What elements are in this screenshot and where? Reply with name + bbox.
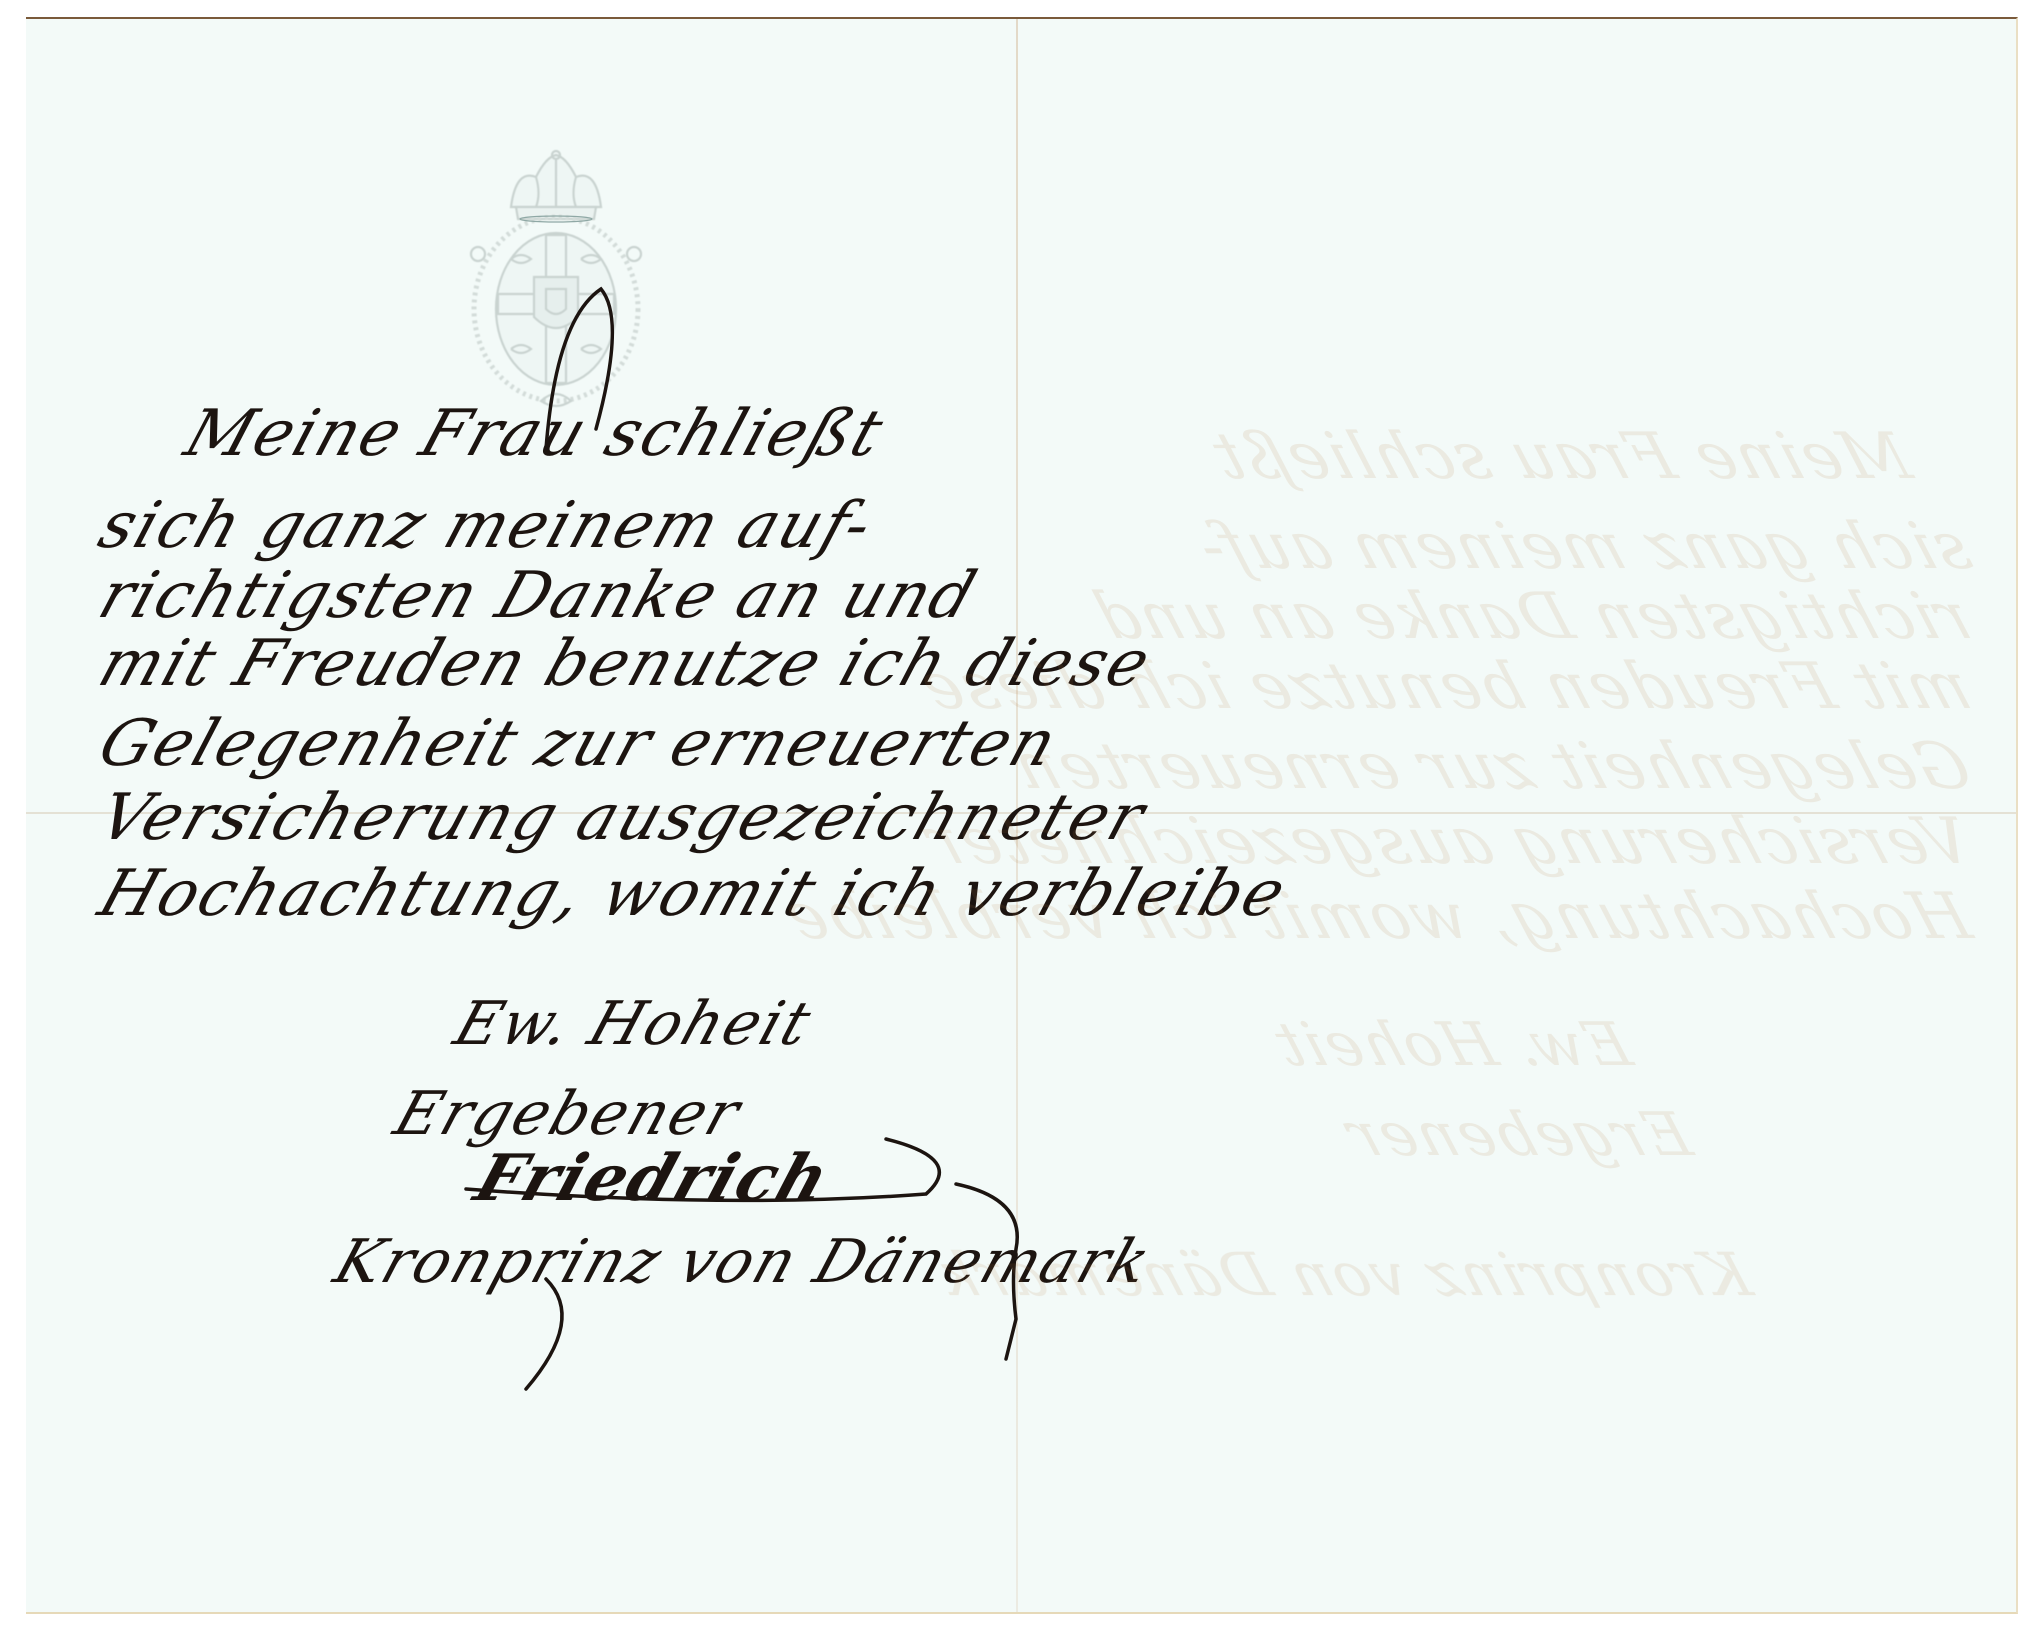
letter-line-6: Versicherung ausgezeichneter: [90, 781, 1155, 855]
signature: Friedrich: [466, 1141, 840, 1216]
letter-line-4: mit Freuden benutze ich diese: [90, 627, 1161, 701]
valediction: Ergebener: [386, 1079, 750, 1149]
salutation: Ew. Hoheit: [446, 989, 821, 1059]
letter-line-1: Meine Frau schließt: [176, 397, 893, 471]
letter-line-7: Hochachtung, womit ich verbleibe: [90, 857, 1296, 931]
embossed-royal-crest-icon: [456, 149, 656, 409]
letter-line-2: sich ganz meinem auf-: [90, 489, 883, 563]
letter-line-3: richtigsten Danke an und: [90, 559, 986, 633]
letter-line-5: Gelegenheit zur erneuerten: [90, 707, 1067, 781]
letter-sheet: Meine Frau schließt sich ganz meinem auf…: [26, 17, 2018, 1614]
signatory-title: Kronprinz von Dänemark: [326, 1227, 1160, 1297]
